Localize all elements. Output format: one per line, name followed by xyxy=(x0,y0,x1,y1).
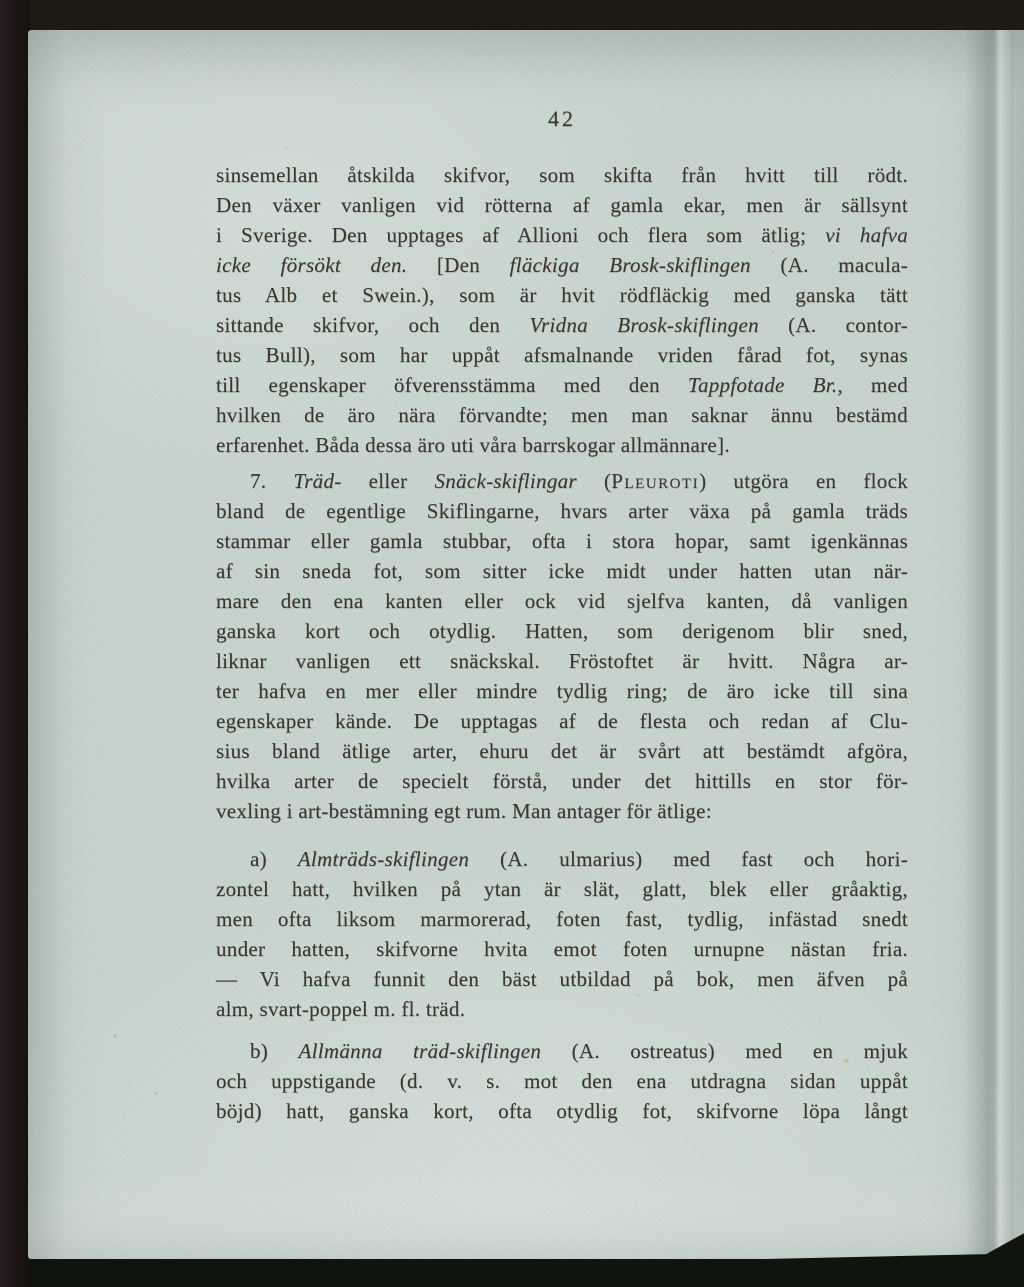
text-run: böjd) hatt, ganska kort, ofta otydlig fo… xyxy=(216,1099,908,1123)
text-run: men ofta liksom marmorerad, foten fast, … xyxy=(216,907,908,931)
text-run: , med xyxy=(837,373,908,397)
italic-text-run: Almträds-skiflingen xyxy=(298,847,469,871)
text-run: bland de egentlige Skiflingarne, hvars a… xyxy=(216,499,908,523)
text-run: under hatten, skifvorne hvita emot foten… xyxy=(216,937,908,961)
italic-text-run: vi hafva xyxy=(825,223,908,247)
italic-text-run: Träd- xyxy=(293,469,341,493)
text-run: (A. macula- xyxy=(751,253,908,277)
text-run: ) utgöra en flock xyxy=(699,469,908,493)
text-run: erfarenhet. Båda dessa äro uti våra barr… xyxy=(216,433,730,457)
text-run: sinsemellan åtskilda skifvor, som skifta… xyxy=(216,163,908,187)
text-line: under hatten, skifvorne hvita emot foten… xyxy=(216,934,908,964)
text-line: sius bland ätlige arter, ehuru det är sv… xyxy=(216,736,908,766)
paragraph-7-trad-snack-skiflingar: 7. Träd- eller Snäck-skiflingar (Pleurot… xyxy=(216,466,908,826)
text-run: (A. ulmarius) med fast och hori- xyxy=(469,847,908,871)
text-run: alm, svart-poppel m. fl. träd. xyxy=(216,997,465,1021)
text-line: men ofta liksom marmorerad, foten fast, … xyxy=(216,904,908,934)
text-run: till egenskaper öfverensstämma med den xyxy=(216,373,688,397)
text-block: sinsemellan åtskilda skifvor, som skifta… xyxy=(216,160,908,1126)
text-run: sittande skifvor, och den xyxy=(216,313,529,337)
text-line: och uppstigande (d. v. s. mot den ena ut… xyxy=(216,1066,908,1096)
text-line: mare den ena kanten eller ock vid sjelfv… xyxy=(216,586,908,616)
text-run: i Sverige. Den upptages af Allioni och f… xyxy=(216,223,825,247)
text-line: zontel hatt, hvilken på ytan är slät, gl… xyxy=(216,874,908,904)
text-run: hvilka arter de specielt förstå, under d… xyxy=(216,769,908,793)
text-run: af sin sneda fot, som sitter icke midt u… xyxy=(216,559,908,583)
text-run: zontel hatt, hvilken på ytan är slät, gl… xyxy=(216,877,908,901)
text-line: af sin sneda fot, som sitter icke midt u… xyxy=(216,556,908,586)
book-page: 42 sinsemellan åtskilda skifvor, som ski… xyxy=(28,30,1024,1259)
scan-background: { "page_number": "42", "colors": { "pape… xyxy=(0,0,1024,1287)
text-run: [Den xyxy=(407,253,509,277)
paragraph-a-almtrads-skiflingen: a) Almträds-skiflingen (A. ulmarius) med… xyxy=(216,844,908,1024)
smallcaps-text-run: Pleuroti xyxy=(611,469,699,493)
scan-border-left xyxy=(0,0,30,1287)
text-line: b) Allmänna träd-skiflingen (A. ostreatu… xyxy=(216,1036,908,1066)
text-line: ter hafva en mer eller mindre tydlig rin… xyxy=(216,676,908,706)
text-line: alm, svart-poppel m. fl. träd. xyxy=(216,994,908,1024)
text-line: Den växer vanligen vid rötterna af gamla… xyxy=(216,190,908,220)
text-line: sittande skifvor, och den Vridna Brosk-s… xyxy=(216,310,908,340)
text-line: hvilken de äro nära förvandte; men man s… xyxy=(216,400,908,430)
text-run: mare den ena kanten eller ock vid sjelfv… xyxy=(216,589,908,613)
text-run: 7. xyxy=(250,469,293,493)
italic-text-run: Vridna Brosk-skiflingen xyxy=(529,313,758,337)
text-run: vexling i art-bestämning egt rum. Man an… xyxy=(216,799,712,823)
text-run: — Vi hafva funnit den bäst utbildad på b… xyxy=(216,967,908,991)
text-run: tus Bull), som har uppåt afsmalnande vri… xyxy=(216,343,908,367)
text-line: liknar vanligen ett snäckskal. Fröstofte… xyxy=(216,646,908,676)
text-run: egenskaper kände. De upptagas af de fles… xyxy=(216,709,908,733)
text-line: bland de egentlige Skiflingarne, hvars a… xyxy=(216,496,908,526)
text-line: hvilka arter de specielt förstå, under d… xyxy=(216,766,908,796)
text-run: b) xyxy=(250,1039,299,1063)
text-line: ganska kort och otydlig. Hatten, som der… xyxy=(216,616,908,646)
text-run: eller xyxy=(342,469,435,493)
paragraph-b-allmanna-trad-skiflingen: b) Allmänna träd-skiflingen (A. ostreatu… xyxy=(216,1036,908,1126)
text-line: egenskaper kände. De upptagas af de fles… xyxy=(216,706,908,736)
text-line: icke försökt den. [Den fläckiga Brosk-sk… xyxy=(216,250,908,280)
text-run: (A. contor- xyxy=(759,313,908,337)
text-line: till egenskaper öfverensstämma med den T… xyxy=(216,370,908,400)
text-line: 7. Träd- eller Snäck-skiflingar (Pleurot… xyxy=(216,466,908,496)
text-line: i Sverige. Den upptages af Allioni och f… xyxy=(216,220,908,250)
italic-text-run: icke försökt den. xyxy=(216,253,407,277)
text-line: sinsemellan åtskilda skifvor, som skifta… xyxy=(216,160,908,190)
text-line: tus Bull), som har uppåt afsmalnande vri… xyxy=(216,340,908,370)
text-run: ( xyxy=(577,469,611,493)
text-line: erfarenhet. Båda dessa äro uti våra barr… xyxy=(216,430,908,460)
page-number: 42 xyxy=(216,106,908,132)
text-line: böjd) hatt, ganska kort, ofta otydlig fo… xyxy=(216,1096,908,1126)
text-run: ter hafva en mer eller mindre tydlig rin… xyxy=(216,679,908,703)
text-run: och uppstigande (d. v. s. mot den ena ut… xyxy=(216,1069,908,1093)
paragraph-brosk-skifling-continuation: sinsemellan åtskilda skifvor, som skifta… xyxy=(216,160,908,460)
text-run: hvilken de äro nära förvandte; men man s… xyxy=(216,403,908,427)
text-run: stammar eller gamla stubbar, ofta i stor… xyxy=(216,529,908,553)
text-run: a) xyxy=(250,847,298,871)
italic-text-run: Allmänna träd-skiflingen xyxy=(299,1039,542,1063)
text-line: a) Almträds-skiflingen (A. ulmarius) med… xyxy=(216,844,908,874)
text-run: Den växer vanligen vid rötterna af gamla… xyxy=(216,193,908,217)
italic-text-run: Snäck-skiflingar xyxy=(434,469,576,493)
page-fold-shadow xyxy=(964,30,1014,1259)
text-run: ganska kort och otydlig. Hatten, som der… xyxy=(216,619,908,643)
text-line: tus Alb et Swein.), som är hvit rödfläck… xyxy=(216,280,908,310)
text-line: vexling i art-bestämning egt rum. Man an… xyxy=(216,796,908,826)
italic-text-run: fläckiga Brosk-skiflingen xyxy=(510,253,751,277)
text-run: tus Alb et Swein.), som är hvit rödfläck… xyxy=(216,283,908,307)
text-line: — Vi hafva funnit den bäst utbildad på b… xyxy=(216,964,908,994)
text-run: sius bland ätlige arter, ehuru det är sv… xyxy=(216,739,908,763)
italic-text-run: Tappfotade Br. xyxy=(688,373,838,397)
text-line: stammar eller gamla stubbar, ofta i stor… xyxy=(216,526,908,556)
text-run: (A. ostreatus) med en mjuk xyxy=(541,1039,908,1063)
text-run: liknar vanligen ett snäckskal. Fröstofte… xyxy=(216,649,908,673)
